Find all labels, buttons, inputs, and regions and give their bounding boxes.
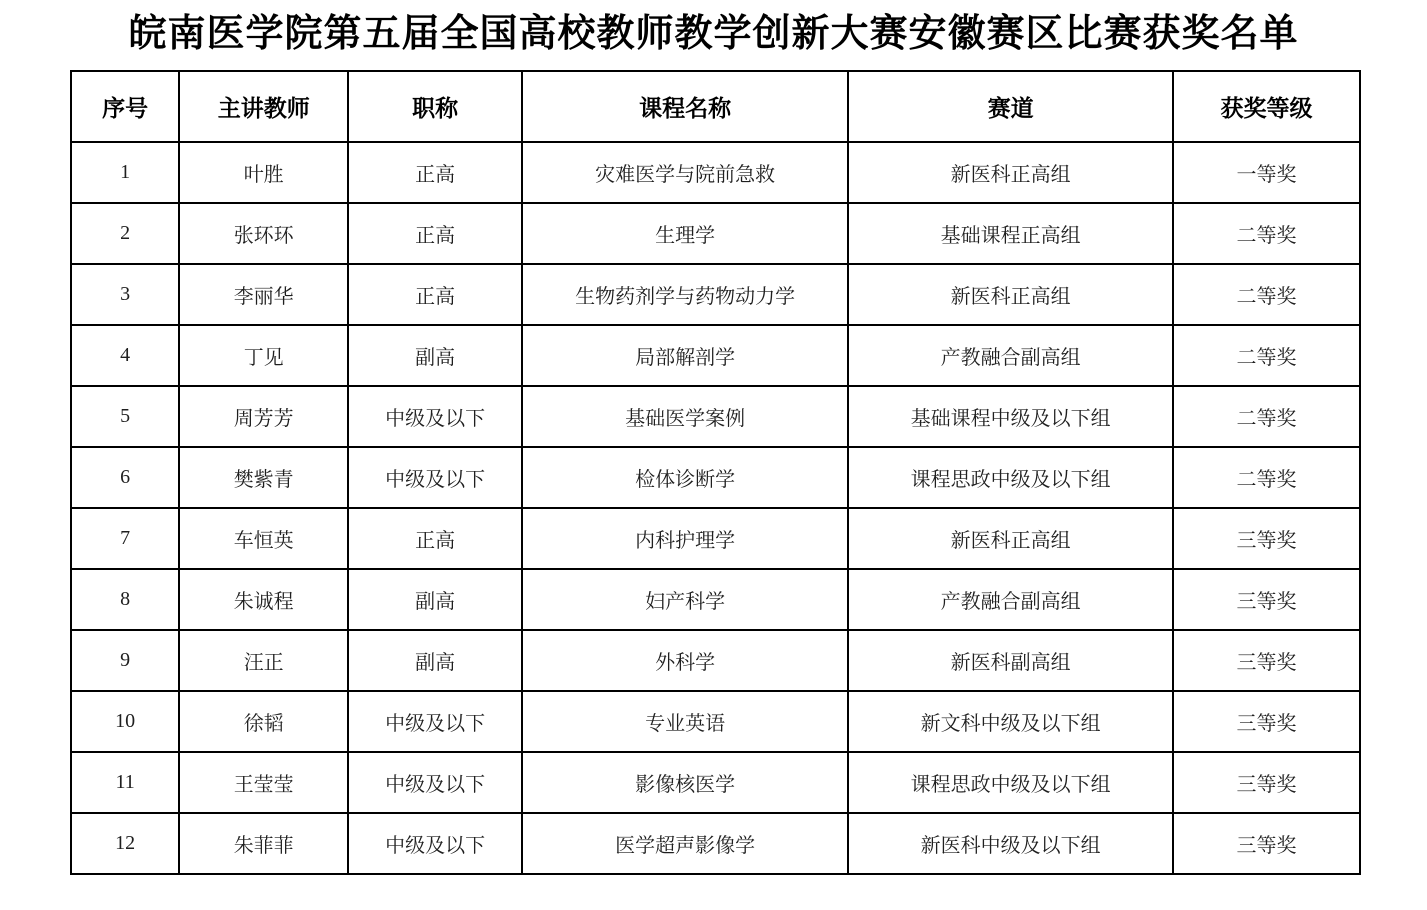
table-row: 2张环环正高生理学基础课程正高组二等奖 xyxy=(71,203,1360,264)
table-cell: 12 xyxy=(71,813,179,874)
table-cell: 影像核医学 xyxy=(522,752,848,813)
table-cell: 新医科正高组 xyxy=(848,508,1173,569)
table-cell: 二等奖 xyxy=(1173,203,1360,264)
table-header: 序号主讲教师职称课程名称赛道获奖等级 xyxy=(71,71,1360,142)
table-cell: 10 xyxy=(71,691,179,752)
table-row: 6樊紫青中级及以下检体诊断学课程思政中级及以下组二等奖 xyxy=(71,447,1360,508)
table-row: 12朱菲菲中级及以下医学超声影像学新医科中级及以下组三等奖 xyxy=(71,813,1360,874)
table-cell: 中级及以下 xyxy=(348,691,522,752)
table-cell: 灾难医学与院前急救 xyxy=(522,142,848,203)
header-cell-5: 获奖等级 xyxy=(1173,71,1360,142)
table-cell: 7 xyxy=(71,508,179,569)
table-cell: 樊紫青 xyxy=(179,447,348,508)
table-cell: 中级及以下 xyxy=(348,752,522,813)
document-title: 皖南医学院第五届全国高校教师教学创新大赛安徽赛区比赛获奖名单 xyxy=(0,0,1427,60)
table-cell: 张环环 xyxy=(179,203,348,264)
table-row: 9汪正副高外科学新医科副高组三等奖 xyxy=(71,630,1360,691)
table-cell: 生物药剂学与药物动力学 xyxy=(522,264,848,325)
table-cell: 二等奖 xyxy=(1173,386,1360,447)
table-cell: 8 xyxy=(71,569,179,630)
table-row: 4丁见副高局部解剖学产教融合副高组二等奖 xyxy=(71,325,1360,386)
table-cell: 课程思政中级及以下组 xyxy=(848,752,1173,813)
table-cell: 二等奖 xyxy=(1173,325,1360,386)
table-cell: 正高 xyxy=(348,508,522,569)
table-cell: 正高 xyxy=(348,142,522,203)
header-cell-1: 主讲教师 xyxy=(179,71,348,142)
table-cell: 基础课程正高组 xyxy=(848,203,1173,264)
table-cell: 新文科中级及以下组 xyxy=(848,691,1173,752)
table-cell: 三等奖 xyxy=(1173,630,1360,691)
table-row: 11王莹莹中级及以下影像核医学课程思政中级及以下组三等奖 xyxy=(71,752,1360,813)
header-cell-3: 课程名称 xyxy=(522,71,848,142)
table-cell: 外科学 xyxy=(522,630,848,691)
table-cell: 产教融合副高组 xyxy=(848,569,1173,630)
table-cell: 1 xyxy=(71,142,179,203)
table-cell: 汪正 xyxy=(179,630,348,691)
table-cell: 三等奖 xyxy=(1173,691,1360,752)
table-cell: 新医科副高组 xyxy=(848,630,1173,691)
table-cell: 三等奖 xyxy=(1173,508,1360,569)
table-cell: 副高 xyxy=(348,325,522,386)
table-cell: 2 xyxy=(71,203,179,264)
table-cell: 新医科正高组 xyxy=(848,142,1173,203)
table-cell: 妇产科学 xyxy=(522,569,848,630)
table-body: 1叶胜正高灾难医学与院前急救新医科正高组一等奖2张环环正高生理学基础课程正高组二… xyxy=(71,142,1360,874)
table-cell: 正高 xyxy=(348,203,522,264)
table-cell: 3 xyxy=(71,264,179,325)
table-cell: 4 xyxy=(71,325,179,386)
table-cell: 周芳芳 xyxy=(179,386,348,447)
table-row: 3李丽华正高生物药剂学与药物动力学新医科正高组二等奖 xyxy=(71,264,1360,325)
table-row: 8朱诚程副高妇产科学产教融合副高组三等奖 xyxy=(71,569,1360,630)
table-cell: 二等奖 xyxy=(1173,447,1360,508)
table-cell: 朱菲菲 xyxy=(179,813,348,874)
table-cell: 中级及以下 xyxy=(348,386,522,447)
table-cell: 产教融合副高组 xyxy=(848,325,1173,386)
table-cell: 徐韬 xyxy=(179,691,348,752)
table-row: 7车恒英正高内科护理学新医科正高组三等奖 xyxy=(71,508,1360,569)
awards-table: 序号主讲教师职称课程名称赛道获奖等级 1叶胜正高灾难医学与院前急救新医科正高组一… xyxy=(70,70,1361,875)
table-cell: 检体诊断学 xyxy=(522,447,848,508)
table-row: 5周芳芳中级及以下基础医学案例基础课程中级及以下组二等奖 xyxy=(71,386,1360,447)
table-cell: 一等奖 xyxy=(1173,142,1360,203)
table-cell: 叶胜 xyxy=(179,142,348,203)
header-row: 序号主讲教师职称课程名称赛道获奖等级 xyxy=(71,71,1360,142)
table-cell: 朱诚程 xyxy=(179,569,348,630)
table-cell: 医学超声影像学 xyxy=(522,813,848,874)
table-cell: 中级及以下 xyxy=(348,447,522,508)
header-cell-2: 职称 xyxy=(348,71,522,142)
table-cell: 5 xyxy=(71,386,179,447)
table-cell: 三等奖 xyxy=(1173,569,1360,630)
table-cell: 丁见 xyxy=(179,325,348,386)
table-cell: 新医科正高组 xyxy=(848,264,1173,325)
header-cell-4: 赛道 xyxy=(848,71,1173,142)
table-cell: 课程思政中级及以下组 xyxy=(848,447,1173,508)
table-cell: 车恒英 xyxy=(179,508,348,569)
table-cell: 新医科中级及以下组 xyxy=(848,813,1173,874)
table-row: 1叶胜正高灾难医学与院前急救新医科正高组一等奖 xyxy=(71,142,1360,203)
table-cell: 正高 xyxy=(348,264,522,325)
table-cell: 局部解剖学 xyxy=(522,325,848,386)
table-cell: 二等奖 xyxy=(1173,264,1360,325)
table-cell: 9 xyxy=(71,630,179,691)
header-cell-0: 序号 xyxy=(71,71,179,142)
table-cell: 中级及以下 xyxy=(348,813,522,874)
table-cell: 三等奖 xyxy=(1173,813,1360,874)
table-cell: 6 xyxy=(71,447,179,508)
table-cell: 基础课程中级及以下组 xyxy=(848,386,1173,447)
table-cell: 三等奖 xyxy=(1173,752,1360,813)
table-cell: 生理学 xyxy=(522,203,848,264)
table-row: 10徐韬中级及以下专业英语新文科中级及以下组三等奖 xyxy=(71,691,1360,752)
table-cell: 副高 xyxy=(348,569,522,630)
table-cell: 李丽华 xyxy=(179,264,348,325)
table-cell: 基础医学案例 xyxy=(522,386,848,447)
table-cell: 王莹莹 xyxy=(179,752,348,813)
table-cell: 专业英语 xyxy=(522,691,848,752)
document-page: 皖南医学院第五届全国高校教师教学创新大赛安徽赛区比赛获奖名单 序号主讲教师职称课… xyxy=(0,0,1427,910)
table-cell: 副高 xyxy=(348,630,522,691)
table-cell: 内科护理学 xyxy=(522,508,848,569)
table-cell: 11 xyxy=(71,752,179,813)
